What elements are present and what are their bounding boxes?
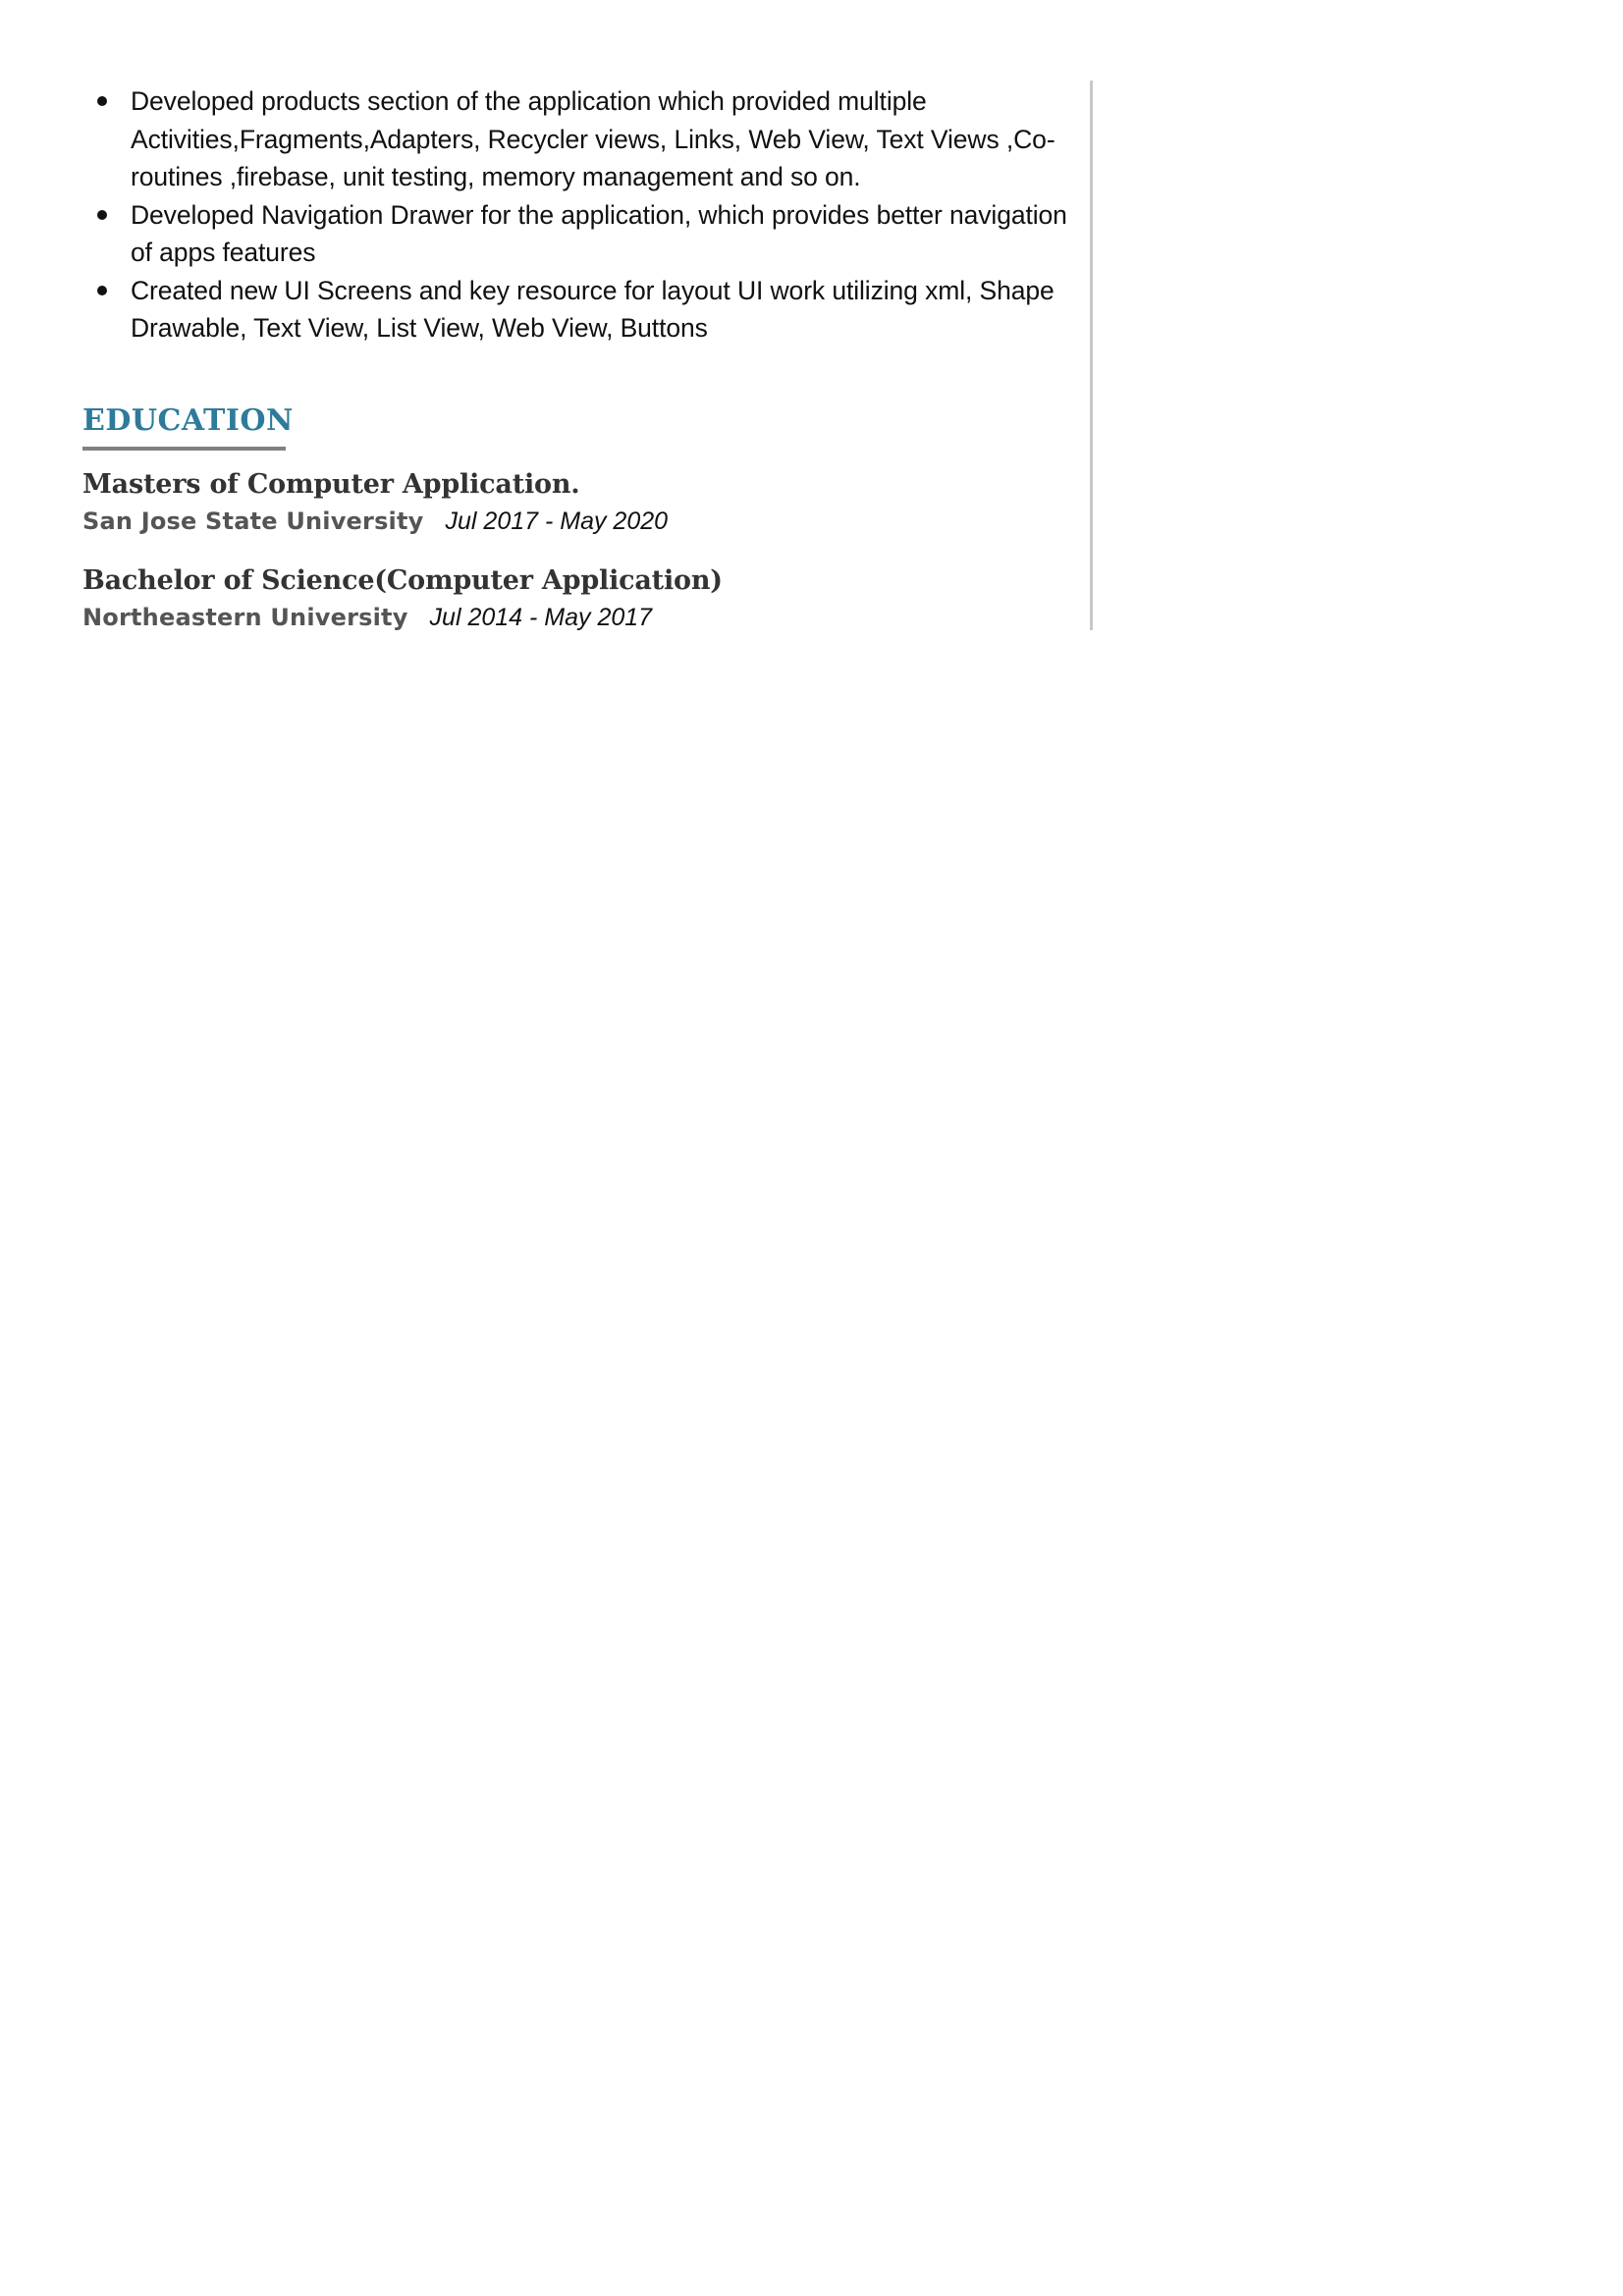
education-section: EDUCATION Masters of Computer Applicatio… <box>82 347 1074 633</box>
bullet-icon <box>97 96 107 106</box>
bullet-text: Developed Navigation Drawer for the appl… <box>131 200 1067 268</box>
experience-bullet-list: Developed products section of the applic… <box>82 82 1074 347</box>
bullet-text: Created new UI Screens and key resource … <box>131 276 1055 344</box>
education-details: San Jose State UniversityJul 2017 - May … <box>82 506 1074 537</box>
education-heading: EDUCATION <box>82 401 294 441</box>
section-underline <box>82 447 286 451</box>
column-divider <box>1090 80 1093 630</box>
degree-title: Masters of Computer Application. <box>82 468 1074 502</box>
list-item: Developed Navigation Drawer for the appl… <box>82 196 1074 272</box>
list-item: Created new UI Screens and key resource … <box>82 272 1074 347</box>
education-entry: Bachelor of Science(Computer Application… <box>82 564 1074 633</box>
date-range: Jul 2014 - May 2017 <box>430 604 653 631</box>
bullet-icon <box>97 286 107 295</box>
date-range: Jul 2017 - May 2020 <box>446 507 669 535</box>
degree-title: Bachelor of Science(Computer Application… <box>82 564 1074 598</box>
bullet-text: Developed products section of the applic… <box>131 86 1055 191</box>
main-column: Developed products section of the applic… <box>82 82 1074 633</box>
education-entry: Masters of Computer Application. San Jos… <box>82 468 1074 537</box>
bullet-icon <box>97 210 107 220</box>
education-details: Northeastern UniversityJul 2014 - May 20… <box>82 602 1074 633</box>
institution-name: Northeastern University <box>82 604 408 631</box>
institution-name: San Jose State University <box>82 507 424 535</box>
list-item: Developed products section of the applic… <box>82 82 1074 196</box>
